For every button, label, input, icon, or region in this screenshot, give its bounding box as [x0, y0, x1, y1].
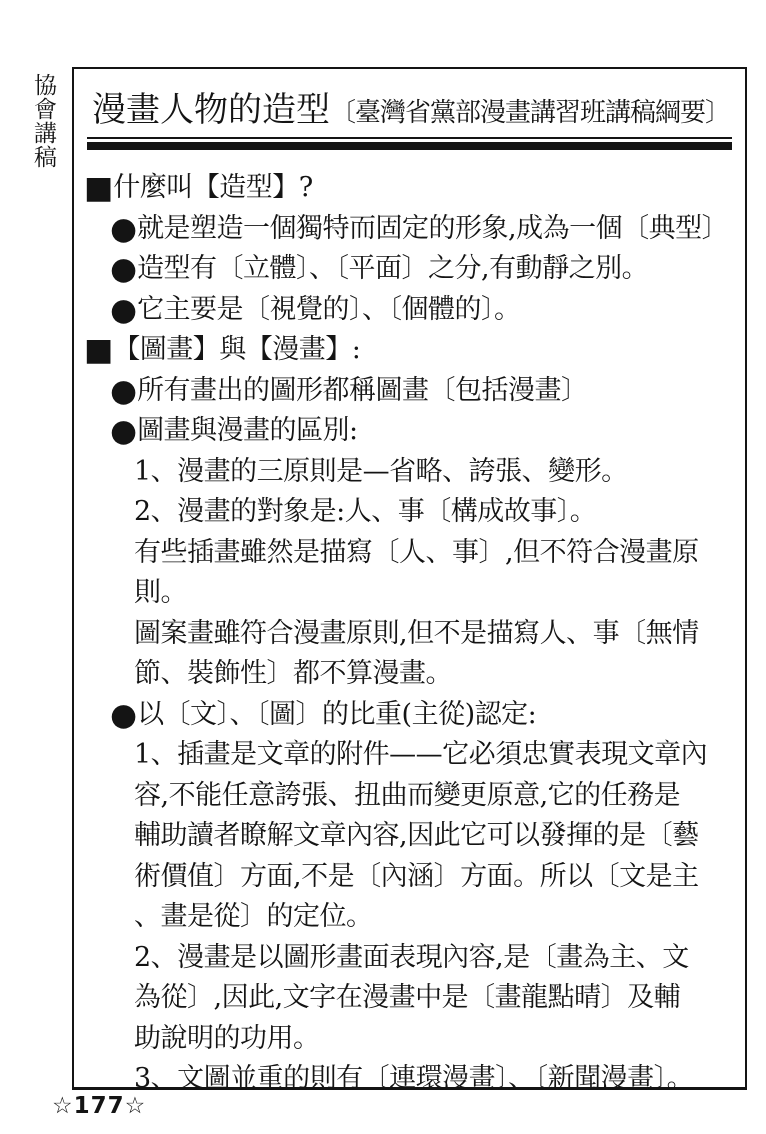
line-text: 造型有〔立體〕、〔平面〕之分,有動靜之別。 [137, 253, 648, 284]
line-text: 圖案畫雖符合漫畫原則,但不是描寫人、事〔無情 [134, 618, 699, 649]
text-line: 術價值〕方面,不是〔內涵〕方面。所以〔文是主 [74, 857, 745, 898]
line-text: 什麼叫【造型】? [113, 172, 312, 203]
line-text: 輔助讀者瞭解文章內容,因此它可以發揮的是〔藝 [134, 820, 699, 851]
bullet-icon: ● [110, 251, 137, 287]
bullet-icon: ■ [84, 170, 113, 206]
scanned-page: 協會講稿 漫畫人物的造型〔臺灣省黨部漫畫講習班講稿綱要〕 ■什麼叫【造型】?●就… [0, 0, 766, 1134]
line-text: 容,不能任意誇張、扭曲而變更原意,它的任務是 [134, 780, 680, 811]
text-line: ■【圖畫】與【漫畫】: [74, 330, 745, 371]
line-text: 所有畫出的圖形都稱圖畫〔包括漫畫〕 [137, 375, 588, 406]
text-line: 、畫是從〕的定位。 [74, 897, 745, 938]
line-text: 圖畫與漫畫的區別: [137, 415, 358, 446]
bullet-icon: ■ [84, 332, 113, 368]
page-number: ☆177☆ [52, 1092, 146, 1120]
line-text: 2、漫畫是以圖形畫面表現內容,是〔畫為主、文 [134, 942, 689, 973]
line-text: 它主要是〔視覺的〕、〔個體的〕。 [137, 294, 521, 325]
line-text: 有些插畫雖然是描寫〔人、事〕,但不符合漫畫原 [134, 537, 699, 568]
text-line: ●圖畫與漫畫的區別: [74, 411, 745, 452]
text-line: ■什麼叫【造型】? [74, 168, 745, 209]
text-line: 3、文圖並重的則有〔連環漫畫〕、〔新聞漫畫〕。 [74, 1059, 745, 1100]
text-line: 為從〕,因此,文字在漫畫中是〔畫龍點晴〕及輔 [74, 978, 745, 1019]
text-line: 圖案畫雖符合漫畫原則,但不是描寫人、事〔無情 [74, 614, 745, 655]
text-line: 1、插畫是文章的附件——它必須忠實表現文章內 [74, 735, 745, 776]
line-text: 為從〕,因此,文字在漫畫中是〔畫龍點晴〕及輔 [134, 982, 680, 1013]
bullet-icon: ● [110, 373, 137, 409]
line-text: 節、裝飾性〕都不算漫畫。 [134, 658, 452, 689]
body-text: ■什麼叫【造型】?●就是塑造一個獨特而固定的形象,成為一個〔典型〕●造型有〔立體… [74, 150, 745, 1100]
line-text: 3、文圖並重的則有〔連環漫畫〕、〔新聞漫畫〕。 [134, 1063, 693, 1094]
text-line: 2、漫畫是以圖形畫面表現內容,是〔畫為主、文 [74, 938, 745, 979]
page-subtitle: 〔臺灣省黨部漫畫講習班講稿綱要〕 [330, 98, 730, 128]
text-line: 則。 [74, 573, 745, 614]
line-text: 【圖畫】與【漫畫】: [113, 334, 360, 365]
page: { "document": { "side_label": "協會講稿", "t… [0, 0, 766, 1134]
text-line: 有些插畫雖然是描寫〔人、事〕,但不符合漫畫原 [74, 533, 745, 574]
line-text: 、畫是從〕的定位。 [134, 901, 373, 932]
line-text: 1、漫畫的三原則是—省略、誇張、變形。 [134, 456, 628, 487]
text-line: ●所有畫出的圖形都稱圖畫〔包括漫畫〕 [74, 371, 745, 412]
text-line: 2、漫畫的對象是:人、事〔構成故事〕。 [74, 492, 745, 533]
content-box: 漫畫人物的造型〔臺灣省黨部漫畫講習班講稿綱要〕 ■什麼叫【造型】?●就是塑造一個… [72, 67, 747, 1090]
side-label: 協會講稿 [30, 73, 56, 169]
rule-thick-line [87, 142, 732, 150]
line-text: 術價值〕方面,不是〔內涵〕方面。所以〔文是主 [134, 861, 699, 892]
text-line: 助說明的功用。 [74, 1019, 745, 1060]
text-line: ●造型有〔立體〕、〔平面〕之分,有動靜之別。 [74, 249, 745, 290]
line-text: 則。 [134, 577, 187, 608]
title-row: 漫畫人物的造型〔臺灣省黨部漫畫講習班講稿綱要〕 [74, 69, 745, 141]
line-text: 2、漫畫的對象是:人、事〔構成故事〕。 [134, 496, 596, 527]
bullet-icon: ● [110, 211, 137, 247]
line-text: 助說明的功用。 [134, 1023, 320, 1054]
page-title: 漫畫人物的造型 [92, 90, 330, 130]
line-text: 1、插畫是文章的附件——它必須忠實表現文章內 [134, 739, 707, 770]
bullet-icon: ● [110, 697, 137, 733]
line-text: 以〔文〕、〔圖〕的比重(主從)認定: [137, 699, 536, 730]
line-text: 就是塑造一個獨特而固定的形象,成為一個〔典型〕 [137, 213, 728, 244]
text-line: 容,不能任意誇張、扭曲而變更原意,它的任務是 [74, 776, 745, 817]
bullet-icon: ● [110, 292, 137, 328]
text-line: 1、漫畫的三原則是—省略、誇張、變形。 [74, 452, 745, 493]
bullet-icon: ● [110, 413, 137, 449]
text-line: ●它主要是〔視覺的〕、〔個體的〕。 [74, 290, 745, 331]
text-line: 節、裝飾性〕都不算漫畫。 [74, 654, 745, 695]
text-line: ●就是塑造一個獨特而固定的形象,成為一個〔典型〕 [74, 209, 745, 250]
text-line: ●以〔文〕、〔圖〕的比重(主從)認定: [74, 695, 745, 736]
text-line: 輔助讀者瞭解文章內容,因此它可以發揮的是〔藝 [74, 816, 745, 857]
